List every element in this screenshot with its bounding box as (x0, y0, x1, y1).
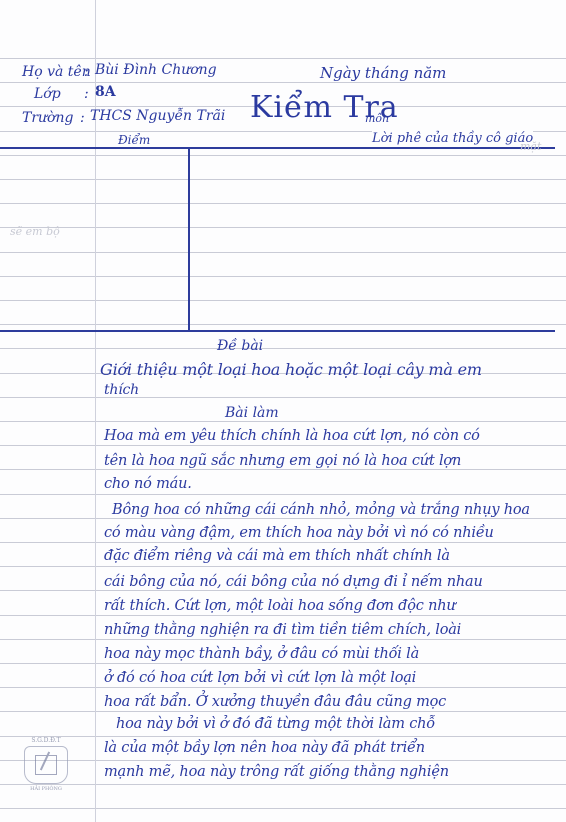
answer-line: hoa này bởi vì ở đó đã từng một thời làm… (116, 716, 435, 732)
box-divider (188, 147, 190, 330)
ruled-line (0, 784, 566, 785)
ruled-line (0, 397, 566, 398)
ruled-line (0, 494, 566, 495)
ruled-line (0, 518, 566, 519)
score-field[interactable] (2, 150, 186, 328)
box-top-line (0, 147, 555, 149)
answer-line: hoa rất bẩn. Ở xưởng thuyền đâu đâu cũng… (104, 694, 446, 710)
ruled-line (0, 421, 566, 422)
stamp-top-text: S.G.D.Đ.T (25, 737, 67, 744)
box-bottom-line (0, 330, 555, 332)
colon: : (84, 64, 89, 80)
ruled-line (0, 639, 566, 640)
answer-line: là của một bầy lợn nên hoa này đã phát t… (104, 740, 425, 756)
comment-field[interactable] (192, 150, 554, 328)
answer-line: đặc điểm riêng và cái mà em thích nhất c… (104, 548, 450, 564)
ruled-line (0, 542, 566, 543)
class-label: Lớp (34, 86, 61, 102)
colon: : (84, 86, 89, 102)
ruled-line (0, 808, 566, 809)
answer-line: tên là hoa ngũ sắc nhưng em gọi nó là ho… (104, 453, 461, 469)
prompt-heading: Đề bài (217, 338, 263, 354)
date-label: Ngày tháng năm (320, 64, 446, 82)
ruled-line (0, 58, 566, 59)
ruled-line (0, 590, 566, 591)
answer-line: Hoa mà em yêu thích chính là hoa cứt lợn… (104, 428, 480, 444)
comment-label: Lời phê của thầy cô giáo (372, 131, 533, 146)
ruled-line (0, 736, 566, 737)
answer-line: Bông hoa có những cái cánh nhỏ, mỏng và … (112, 502, 530, 518)
answer-line: mạnh mẽ, hoa này trông rất giống thằng n… (104, 764, 449, 780)
answer-line: cho nó máu. (104, 476, 192, 492)
school-label: Trường (22, 110, 73, 126)
ruled-line (0, 469, 566, 470)
answer-line: ở đó có hoa cứt lợn bởi vì cứt lợn là mộ… (104, 670, 416, 686)
ruled-line (0, 348, 566, 349)
subject-label: môn (365, 112, 389, 125)
answer-line: cái bông của nó, cái bông của nó dựng đi… (104, 574, 483, 590)
answer-heading: Bài làm (225, 405, 279, 421)
ruled-line (0, 687, 566, 688)
stamp-bottom-text: HẢI PHÒNG (25, 786, 67, 792)
ruled-line (0, 82, 566, 83)
prompt-line-1: Giới thiệu một loại hoa hoặc một loại câ… (100, 360, 482, 379)
ruled-line (0, 566, 566, 567)
class-value: 8A (95, 84, 116, 100)
answer-line: những thằng nghiện ra đi tìm tiền tiêm c… (104, 622, 461, 638)
answer-line: rất thích. Cứt lợn, một loài hoa sống đơ… (104, 598, 455, 614)
school-stamp: S.G.D.Đ.T HẢI PHÒNG (24, 746, 68, 784)
name-label: Họ và tên (22, 64, 91, 80)
bleed-through-text: sẽ em bộ (10, 225, 60, 238)
school-value: THCS Nguyễn Trãi (90, 108, 225, 124)
ruled-line (0, 663, 566, 664)
prompt-line-2: thích (104, 382, 139, 398)
ruled-line (0, 711, 566, 712)
answer-line: có màu vàng đậm, em thích hoa này bởi vì… (104, 525, 494, 541)
score-label: Điểm (118, 133, 150, 147)
ruled-line (0, 760, 566, 761)
colon: : (80, 110, 85, 126)
bleed-through-text: mặt (520, 140, 541, 153)
ruled-line (0, 615, 566, 616)
ruled-line (0, 445, 566, 446)
answer-line: hoa này mọc thành bầy, ở đâu có mùi thối… (104, 646, 419, 662)
student-name: Bùi Đình Chương (95, 62, 217, 78)
exam-paper: Họ và tên : Bùi Đình Chương Lớp : 8A Trư… (0, 0, 566, 822)
